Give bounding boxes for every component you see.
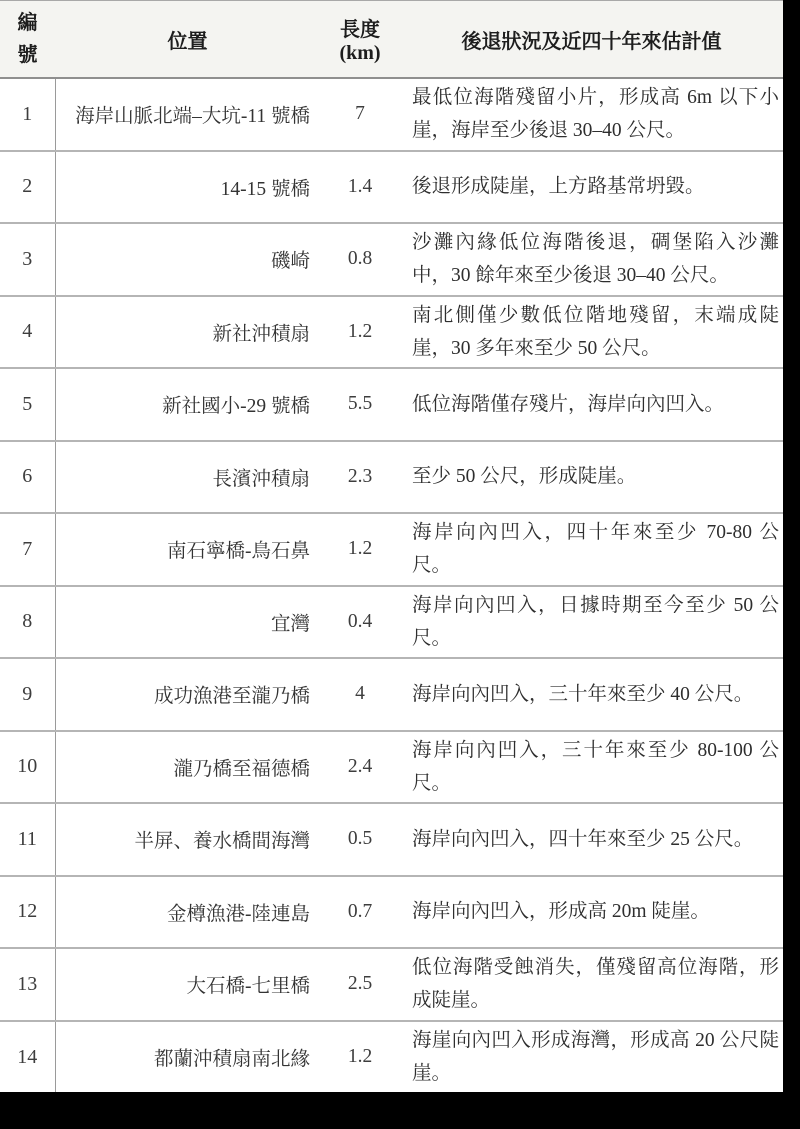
table-row: 9 成功漁港至瀧乃橋 4 海岸向內凹入，三十年來至少 40 公尺。 bbox=[0, 658, 783, 731]
cell-location: 瀧乃橋至福德橋 bbox=[55, 731, 320, 804]
cell-id: 11 bbox=[0, 803, 55, 876]
table-row: 4 新社沖積扇 1.2 南北側僅少數低位階地殘留，末端成陡崖，30 多年來至少 … bbox=[0, 296, 783, 369]
cell-status: 低位海階僅存殘片，海岸向內凹入。 bbox=[400, 368, 783, 441]
cell-id: 7 bbox=[0, 513, 55, 586]
cell-id: 12 bbox=[0, 876, 55, 949]
cell-length: 7 bbox=[320, 78, 400, 151]
cell-status: 海岸向內凹入，三十年來至少 40 公尺。 bbox=[400, 658, 783, 731]
cell-id: 2 bbox=[0, 151, 55, 224]
cell-status: 海岸向內凹入，形成高 20m 陡崖。 bbox=[400, 876, 783, 949]
table-row: 12 金樽漁港-陸連島 0.7 海岸向內凹入，形成高 20m 陡崖。 bbox=[0, 876, 783, 949]
table-row: 7 南石寧橋-鳥石鼻 1.2 海岸向內凹入，四十年來至少 70-80 公尺。 bbox=[0, 513, 783, 586]
table-body: 1 海岸山脈北端–大坑-11 號橋 7 最低位海階殘留小片，形成高 6m 以下小… bbox=[0, 78, 783, 1092]
cell-id: 10 bbox=[0, 731, 55, 804]
cell-location: 半屏、養水橋間海灣 bbox=[55, 803, 320, 876]
cell-location: 新社國小-29 號橋 bbox=[55, 368, 320, 441]
cell-id: 13 bbox=[0, 948, 55, 1021]
cell-id: 14 bbox=[0, 1021, 55, 1093]
cell-length: 1.2 bbox=[320, 513, 400, 586]
table-row: 11 半屏、養水橋間海灣 0.5 海岸向內凹入，四十年來至少 25 公尺。 bbox=[0, 803, 783, 876]
cell-length: 0.4 bbox=[320, 586, 400, 659]
cell-length: 1.2 bbox=[320, 296, 400, 369]
header-status: 後退狀況及近四十年來估計值 bbox=[400, 1, 783, 79]
table-row: 2 14-15 號橋 1.4 後退形成陡崖，上方路基常坍毀。 bbox=[0, 151, 783, 224]
cell-id: 6 bbox=[0, 441, 55, 514]
document-page: 編 號 位置 長度 (km) 後退狀況及近四十年來估計值 1 海岸山脈北端–大坑… bbox=[0, 0, 783, 1092]
cell-id: 5 bbox=[0, 368, 55, 441]
cell-length: 0.7 bbox=[320, 876, 400, 949]
cell-status: 海岸向內凹入，四十年來至少 25 公尺。 bbox=[400, 803, 783, 876]
coastal-retreat-table: 編 號 位置 長度 (km) 後退狀況及近四十年來估計值 1 海岸山脈北端–大坑… bbox=[0, 0, 783, 1092]
cell-location: 成功漁港至瀧乃橋 bbox=[55, 658, 320, 731]
table-row: 8 宜灣 0.4 海岸向內凹入，日據時期至今至少 50 公尺。 bbox=[0, 586, 783, 659]
cell-length: 1.2 bbox=[320, 1021, 400, 1093]
cell-location: 都蘭沖積扇南北緣 bbox=[55, 1021, 320, 1093]
header-id: 編 號 bbox=[0, 1, 55, 79]
cell-location: 大石橋-七里橋 bbox=[55, 948, 320, 1021]
cell-status: 最低位海階殘留小片，形成高 6m 以下小崖，海岸至少後退 30–40 公尺。 bbox=[400, 78, 783, 151]
cell-status: 海岸向內凹入，日據時期至今至少 50 公尺。 bbox=[400, 586, 783, 659]
cell-id: 4 bbox=[0, 296, 55, 369]
table-row: 1 海岸山脈北端–大坑-11 號橋 7 最低位海階殘留小片，形成高 6m 以下小… bbox=[0, 78, 783, 151]
cell-length: 2.4 bbox=[320, 731, 400, 804]
table-row: 10 瀧乃橋至福德橋 2.4 海岸向內凹入，三十年來至少 80-100 公尺。 bbox=[0, 731, 783, 804]
cell-location: 14-15 號橋 bbox=[55, 151, 320, 224]
cell-length: 0.5 bbox=[320, 803, 400, 876]
cell-status: 至少 50 公尺，形成陡崖。 bbox=[400, 441, 783, 514]
cell-id: 3 bbox=[0, 223, 55, 296]
header-location: 位置 bbox=[55, 1, 320, 79]
cell-location: 新社沖積扇 bbox=[55, 296, 320, 369]
cell-status: 南北側僅少數低位階地殘留，末端成陡崖，30 多年來至少 50 公尺。 bbox=[400, 296, 783, 369]
table-header-row: 編 號 位置 長度 (km) 後退狀況及近四十年來估計值 bbox=[0, 1, 783, 79]
cell-length: 4 bbox=[320, 658, 400, 731]
cell-status: 海岸向內凹入，四十年來至少 70-80 公尺。 bbox=[400, 513, 783, 586]
cell-status: 海崖向內凹入形成海灣，形成高 20 公尺陡崖。 bbox=[400, 1021, 783, 1093]
cell-location: 磯崎 bbox=[55, 223, 320, 296]
cell-length: 2.3 bbox=[320, 441, 400, 514]
table-row: 5 新社國小-29 號橋 5.5 低位海階僅存殘片，海岸向內凹入。 bbox=[0, 368, 783, 441]
scan-background: { "colors": { "matte": "#000000", "page_… bbox=[0, 0, 800, 1129]
cell-status: 後退形成陡崖，上方路基常坍毀。 bbox=[400, 151, 783, 224]
cell-id: 1 bbox=[0, 78, 55, 151]
table-row: 3 磯崎 0.8 沙灘內緣低位海階後退，碉堡陷入沙灘中，30 餘年來至少後退 3… bbox=[0, 223, 783, 296]
cell-status: 低位海階受蝕消失，僅殘留高位海階，形成陡崖。 bbox=[400, 948, 783, 1021]
cell-length: 2.5 bbox=[320, 948, 400, 1021]
cell-location: 金樽漁港-陸連島 bbox=[55, 876, 320, 949]
cell-length: 0.8 bbox=[320, 223, 400, 296]
table-row: 6 長濱沖積扇 2.3 至少 50 公尺，形成陡崖。 bbox=[0, 441, 783, 514]
cell-location: 海岸山脈北端–大坑-11 號橋 bbox=[55, 78, 320, 151]
cell-status: 海岸向內凹入，三十年來至少 80-100 公尺。 bbox=[400, 731, 783, 804]
cell-length: 5.5 bbox=[320, 368, 400, 441]
table-row: 13 大石橋-七里橋 2.5 低位海階受蝕消失，僅殘留高位海階，形成陡崖。 bbox=[0, 948, 783, 1021]
cell-length: 1.4 bbox=[320, 151, 400, 224]
cell-status: 沙灘內緣低位海階後退，碉堡陷入沙灘中，30 餘年來至少後退 30–40 公尺。 bbox=[400, 223, 783, 296]
cell-location: 長濱沖積扇 bbox=[55, 441, 320, 514]
cell-id: 9 bbox=[0, 658, 55, 731]
cell-id: 8 bbox=[0, 586, 55, 659]
table-row: 14 都蘭沖積扇南北緣 1.2 海崖向內凹入形成海灣，形成高 20 公尺陡崖。 bbox=[0, 1021, 783, 1093]
cell-location: 南石寧橋-鳥石鼻 bbox=[55, 513, 320, 586]
header-length: 長度 (km) bbox=[320, 1, 400, 79]
cell-location: 宜灣 bbox=[55, 586, 320, 659]
